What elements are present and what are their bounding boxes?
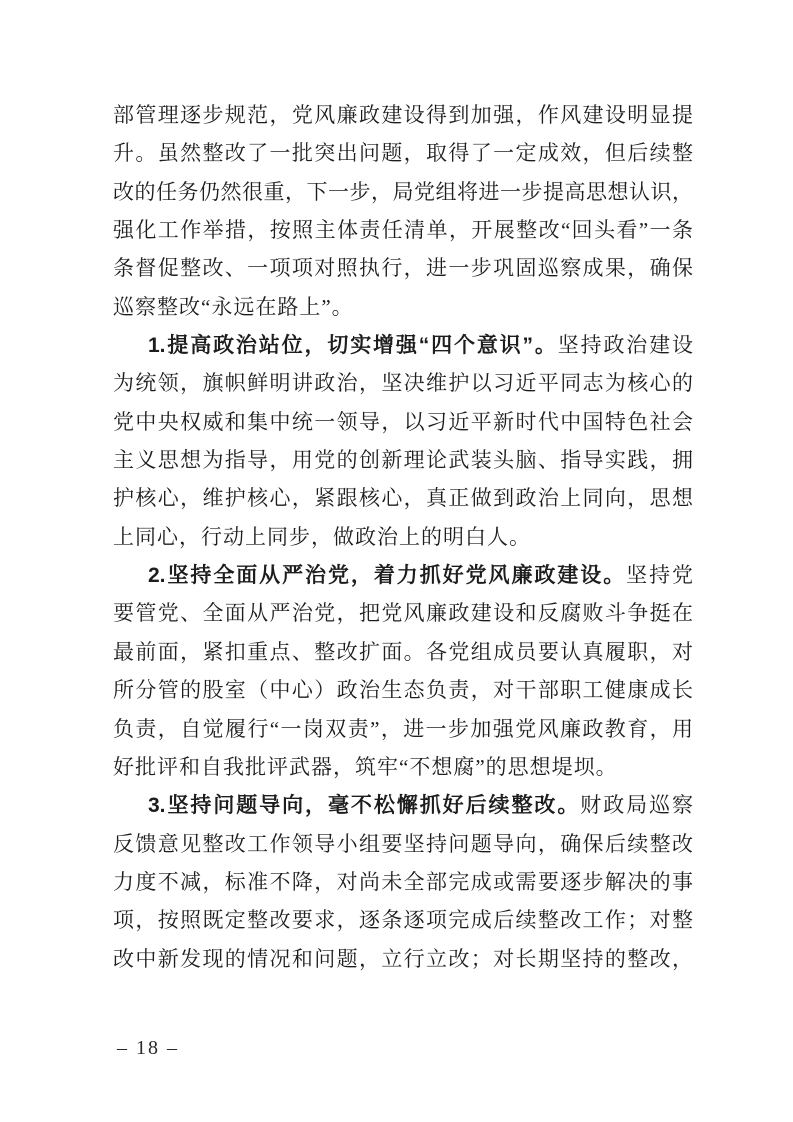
body-line: 项，按照既定整改要求，逐条逐项完成后续整改工作；对整 xyxy=(113,901,693,939)
body-text: 坚持党 xyxy=(626,563,693,587)
body-line: 护核心，维护核心，紧跟核心，真正做到政治上同向，思想 xyxy=(113,479,693,517)
body-line: 好批评和自我批评武器，筑牢“不想腐”的思想堤坝。 xyxy=(113,748,693,786)
section-heading-1: 1.提高政治站位，切实增强“四个意识”。 xyxy=(148,334,558,357)
body-line: 升。虽然整改了一批突出问题，取得了一定成效，但后续整 xyxy=(113,134,693,172)
body-line: 要管党、全面从严治党，把党风廉政建设和反腐败斗争挺在 xyxy=(113,594,693,632)
body-line: 最前面，紧扣重点、整改扩面。各党组成员要认真履职，对 xyxy=(113,633,693,671)
section-heading-2: 2.坚持全面从严治党，着力抓好党风廉政建设。 xyxy=(148,564,626,587)
heading-line: 2.坚持全面从严治党，着力抓好党风廉政建设。坚持党 xyxy=(113,556,693,594)
heading-line: 3.坚持问题导向，毫不松懈抓好后续整改。财政局巡察 xyxy=(113,786,693,824)
body-line: 部管理逐步规范，党风廉政建设得到加强，作风建设明显提 xyxy=(113,96,693,134)
body-line: 上同心，行动上同步，做政治上的明白人。 xyxy=(113,518,693,556)
document-page: 部管理逐步规范，党风廉政建设得到加强，作风建设明显提 升。虽然整改了一批突出问题… xyxy=(0,0,793,1122)
body-line: 为统领，旗帜鲜明讲政治，坚决维护以习近平同志为核心的 xyxy=(113,364,693,402)
body-line: 强化工作举措，按照主体责任清单，开展整改“回头看”一条 xyxy=(113,211,693,249)
body-line: 改的任务仍然很重，下一步，局党组将进一步提高思想认识， xyxy=(113,173,693,211)
body-line: 党中央权威和集中统一领导，以习近平新时代中国特色社会 xyxy=(113,403,693,441)
body-line: 反馈意见整改工作领导小组要坚持问题导向，确保后续整改 xyxy=(113,825,693,863)
body-line: 改中新发现的情况和问题，立行立改；对长期坚持的整改， xyxy=(113,940,693,978)
body-line: 条督促整改、一项项对照执行，进一步巩固巡察成果，确保 xyxy=(113,249,693,287)
body-text: 坚持政治建设 xyxy=(558,333,693,357)
section-heading-3: 3.坚持问题导向，毫不松懈抓好后续整改。 xyxy=(148,794,580,817)
body-line: 负责，自觉履行“一岗双责”，进一步加强党风廉政教育，用 xyxy=(113,710,693,748)
body-line: 力度不减，标准不降，对尚未全部完成或需要逐步解决的事 xyxy=(113,863,693,901)
document-body: 部管理逐步规范，党风廉政建设得到加强，作风建设明显提 升。虽然整改了一批突出问题… xyxy=(113,96,693,978)
heading-line: 1.提高政治站位，切实增强“四个意识”。坚持政治建设 xyxy=(113,326,693,364)
body-text: 财政局巡察 xyxy=(580,793,693,817)
body-line: 所分管的股室（中心）政治生态负责，对干部职工健康成长 xyxy=(113,671,693,709)
body-line: 巡察整改“永远在路上”。 xyxy=(113,288,693,326)
page-number: – 18 – xyxy=(117,1033,179,1063)
body-line: 主义思想为指导，用党的创新理论武装头脑、指导实践，拥 xyxy=(113,441,693,479)
